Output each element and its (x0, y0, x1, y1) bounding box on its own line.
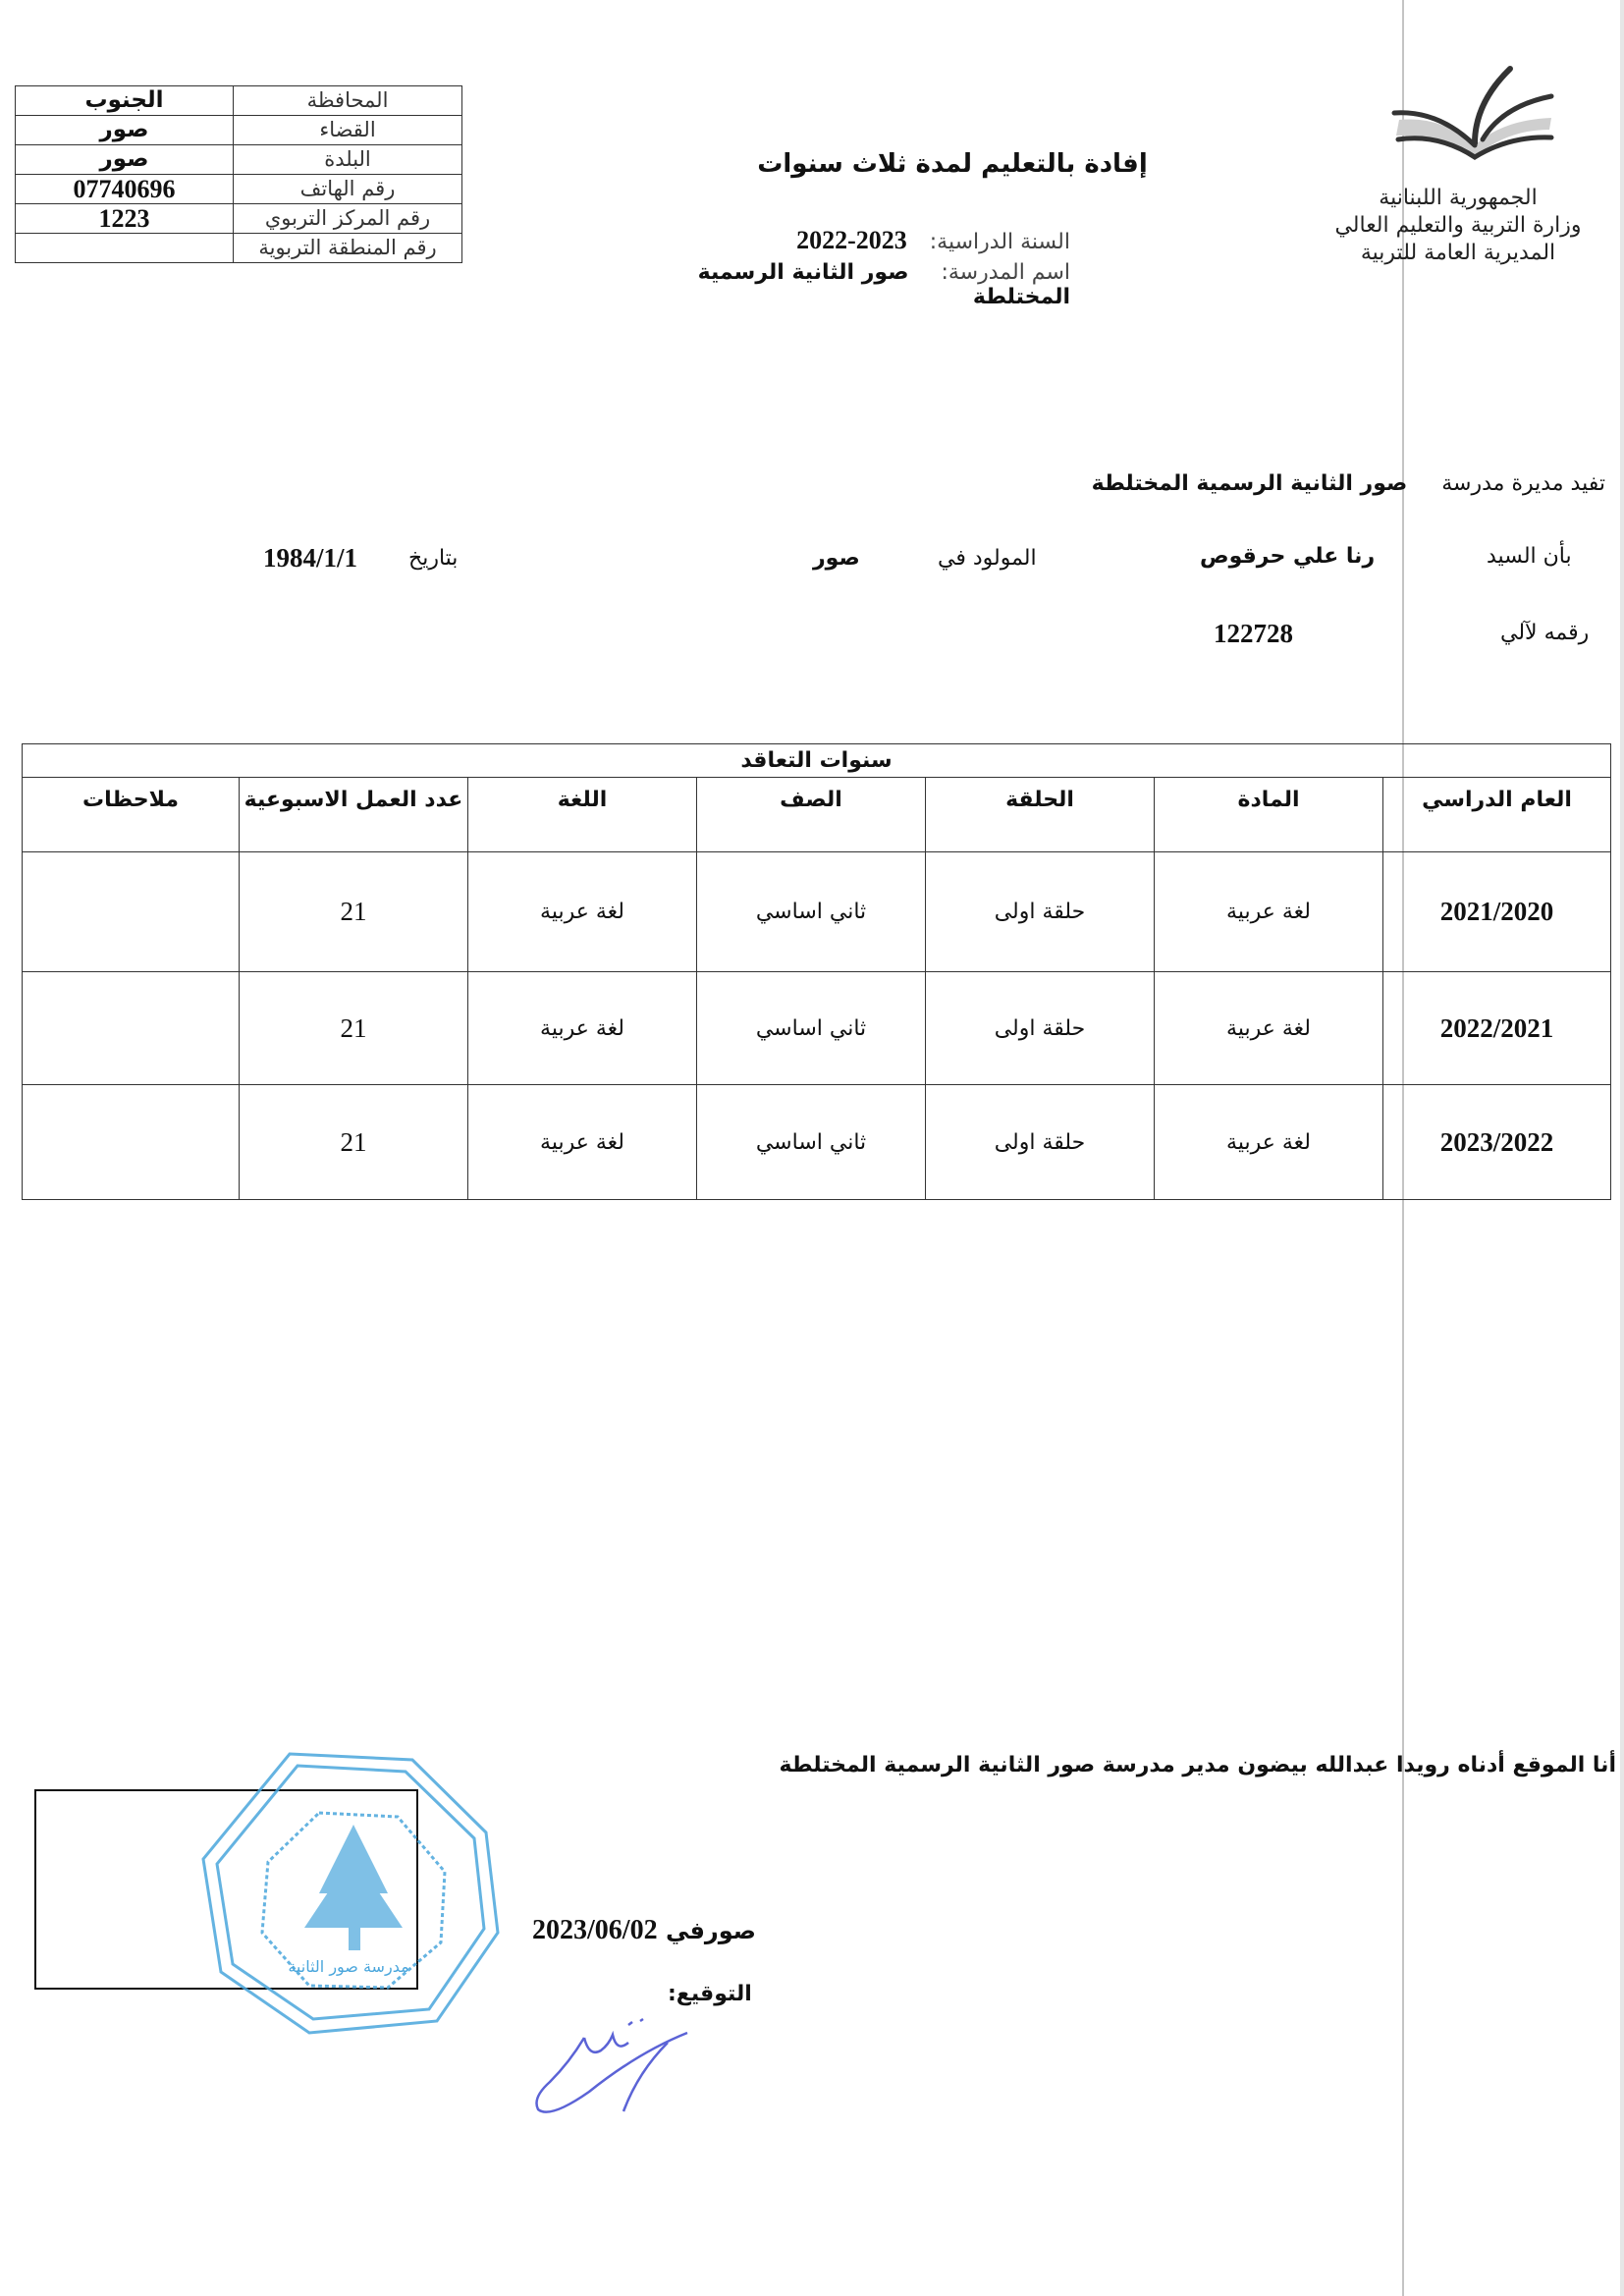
info-label: رقم المركز التربوي (234, 204, 462, 234)
cell-notes (23, 972, 240, 1085)
person-name: رنا علي حرقوص (1200, 544, 1375, 569)
cell-weekly-hours: 21 (240, 972, 468, 1085)
cell-notes (23, 1085, 240, 1200)
info-label: البلدة (234, 145, 462, 175)
school-info-table: المحافظة الجنوب القضاء صور البلدة صور رق… (15, 85, 462, 263)
signing-date: 2023/06/02 (532, 1915, 658, 1945)
school-year-value: 2023-2022 (796, 226, 907, 254)
ministry-line: وزارة التربية والتعليم العالي (1316, 212, 1600, 240)
ministry-line: المديرية العامة للتربية (1316, 240, 1600, 267)
table-row: 2023/2022 لغة عربية حلقة اولى ثاني اساسي… (23, 1085, 1611, 1200)
document-title: إفادة بالتعليم لمدة ثلاث سنوات (746, 149, 1159, 179)
id-label: رقمه لآلي (1500, 621, 1589, 645)
col-header-grade: الصف (697, 778, 926, 852)
table-row: 2022/2021 لغة عربية حلقة اولى ثاني اساسي… (23, 972, 1611, 1085)
born-in-label: المولود في (938, 546, 1037, 571)
cell-language: لغة عربية (468, 852, 697, 972)
cell-weekly-hours: 21 (240, 1085, 468, 1200)
info-row: رقم الهاتف 07740696 (16, 175, 462, 204)
cell-cycle: حلقة اولى (926, 852, 1155, 972)
cell-weekly-hours: 21 (240, 852, 468, 972)
info-row: رقم المنطقة التربوية (16, 234, 462, 263)
birth-date-value: 1984/1/1 (263, 543, 357, 574)
birth-date-label: بتاريخ (408, 546, 458, 571)
declaration-line: أنا الموقع أدناه رويدا عبدالله بيضون مدي… (727, 1753, 1616, 1777)
info-row: البلدة صور (16, 145, 462, 175)
info-row: المحافظة الجنوب (16, 86, 462, 116)
id-value: 122728 (1214, 619, 1293, 649)
certifies-line: تفيد مديرة مدرسة صور الثانية الرسمية الم… (1080, 471, 1605, 496)
col-header-subject: المادة (1155, 778, 1383, 852)
school-year-label: السنة الدراسية: (930, 230, 1070, 254)
cell-subject: لغة عربية (1155, 852, 1383, 972)
info-label: القضاء (234, 116, 462, 145)
certifies-label: تفيد مديرة مدرسة (1441, 471, 1605, 496)
table-header-row: العام الدراسي المادة الحلقة الصف اللغة ع… (23, 778, 1611, 852)
col-header-cycle: الحلقة (926, 778, 1155, 852)
col-header-year: العام الدراسي (1383, 778, 1611, 852)
born-in-value: صور (813, 546, 860, 571)
info-label: رقم المنطقة التربوية (234, 234, 462, 263)
certifies-school: صور الثانية الرسمية المختلطة (1092, 471, 1408, 496)
table-row: 2021/2020 لغة عربية حلقة اولى ثاني اساسي… (23, 852, 1611, 972)
cell-year: 2022/2021 (1383, 972, 1611, 1085)
info-value: 1223 (16, 204, 234, 234)
info-value (16, 234, 234, 263)
cell-cycle: حلقة اولى (926, 972, 1155, 1085)
contract-years-table: سنوات التعاقد العام الدراسي المادة الحلق… (22, 743, 1611, 1200)
person-label: بأن السيد (1487, 544, 1572, 569)
info-row: رقم المركز التربوي 1223 (16, 204, 462, 234)
open-book-logo-icon (1384, 59, 1561, 167)
col-header-weekly-hours: عدد العمل الاسبوعية (240, 778, 468, 852)
info-label: رقم الهاتف (234, 175, 462, 204)
ministry-header: الجمهورية اللبنانية وزارة التربية والتعل… (1316, 185, 1600, 267)
school-name-row: اسم المدرسة: صور الثانية الرسمية المختلط… (609, 260, 1070, 309)
table-caption-row: سنوات التعاقد (23, 744, 1611, 778)
cell-notes (23, 852, 240, 972)
info-row: القضاء صور (16, 116, 462, 145)
cell-grade: ثاني اساسي (697, 972, 926, 1085)
place-date-line: صورفي 2023/06/02 (511, 1915, 756, 1946)
svg-text:مدرسة صور الثانية: مدرسة صور الثانية (288, 1957, 408, 1977)
signature-label: التوقيع: (668, 1982, 752, 2006)
cell-year: 2023/2022 (1383, 1085, 1611, 1200)
cell-subject: لغة عربية (1155, 972, 1383, 1085)
cell-cycle: حلقة اولى (926, 1085, 1155, 1200)
ministry-line: الجمهورية اللبنانية (1316, 185, 1600, 212)
school-name-label: اسم المدرسة: (941, 260, 1070, 285)
place-prefix: صورفي (666, 1917, 756, 1944)
cell-year: 2021/2020 (1383, 852, 1611, 972)
col-header-notes: ملاحظات (23, 778, 240, 852)
info-value: صور (16, 145, 234, 175)
info-value: 07740696 (16, 175, 234, 204)
info-value: الجنوب (16, 86, 234, 116)
cell-subject: لغة عربية (1155, 1085, 1383, 1200)
info-label: المحافظة (234, 86, 462, 116)
cell-language: لغة عربية (468, 972, 697, 1085)
cell-grade: ثاني اساسي (697, 1085, 926, 1200)
scan-edge (1620, 0, 1624, 2296)
cell-language: لغة عربية (468, 1085, 697, 1200)
handwritten-signature-icon (530, 2013, 697, 2121)
table-caption: سنوات التعاقد (23, 744, 1611, 778)
info-value: صور (16, 116, 234, 145)
school-year-row: السنة الدراسية: 2023-2022 (746, 226, 1070, 255)
cell-grade: ثاني اساسي (697, 852, 926, 972)
official-stamp-cedar-icon: مدرسة صور الثانية (191, 1746, 506, 2041)
col-header-language: اللغة (468, 778, 697, 852)
